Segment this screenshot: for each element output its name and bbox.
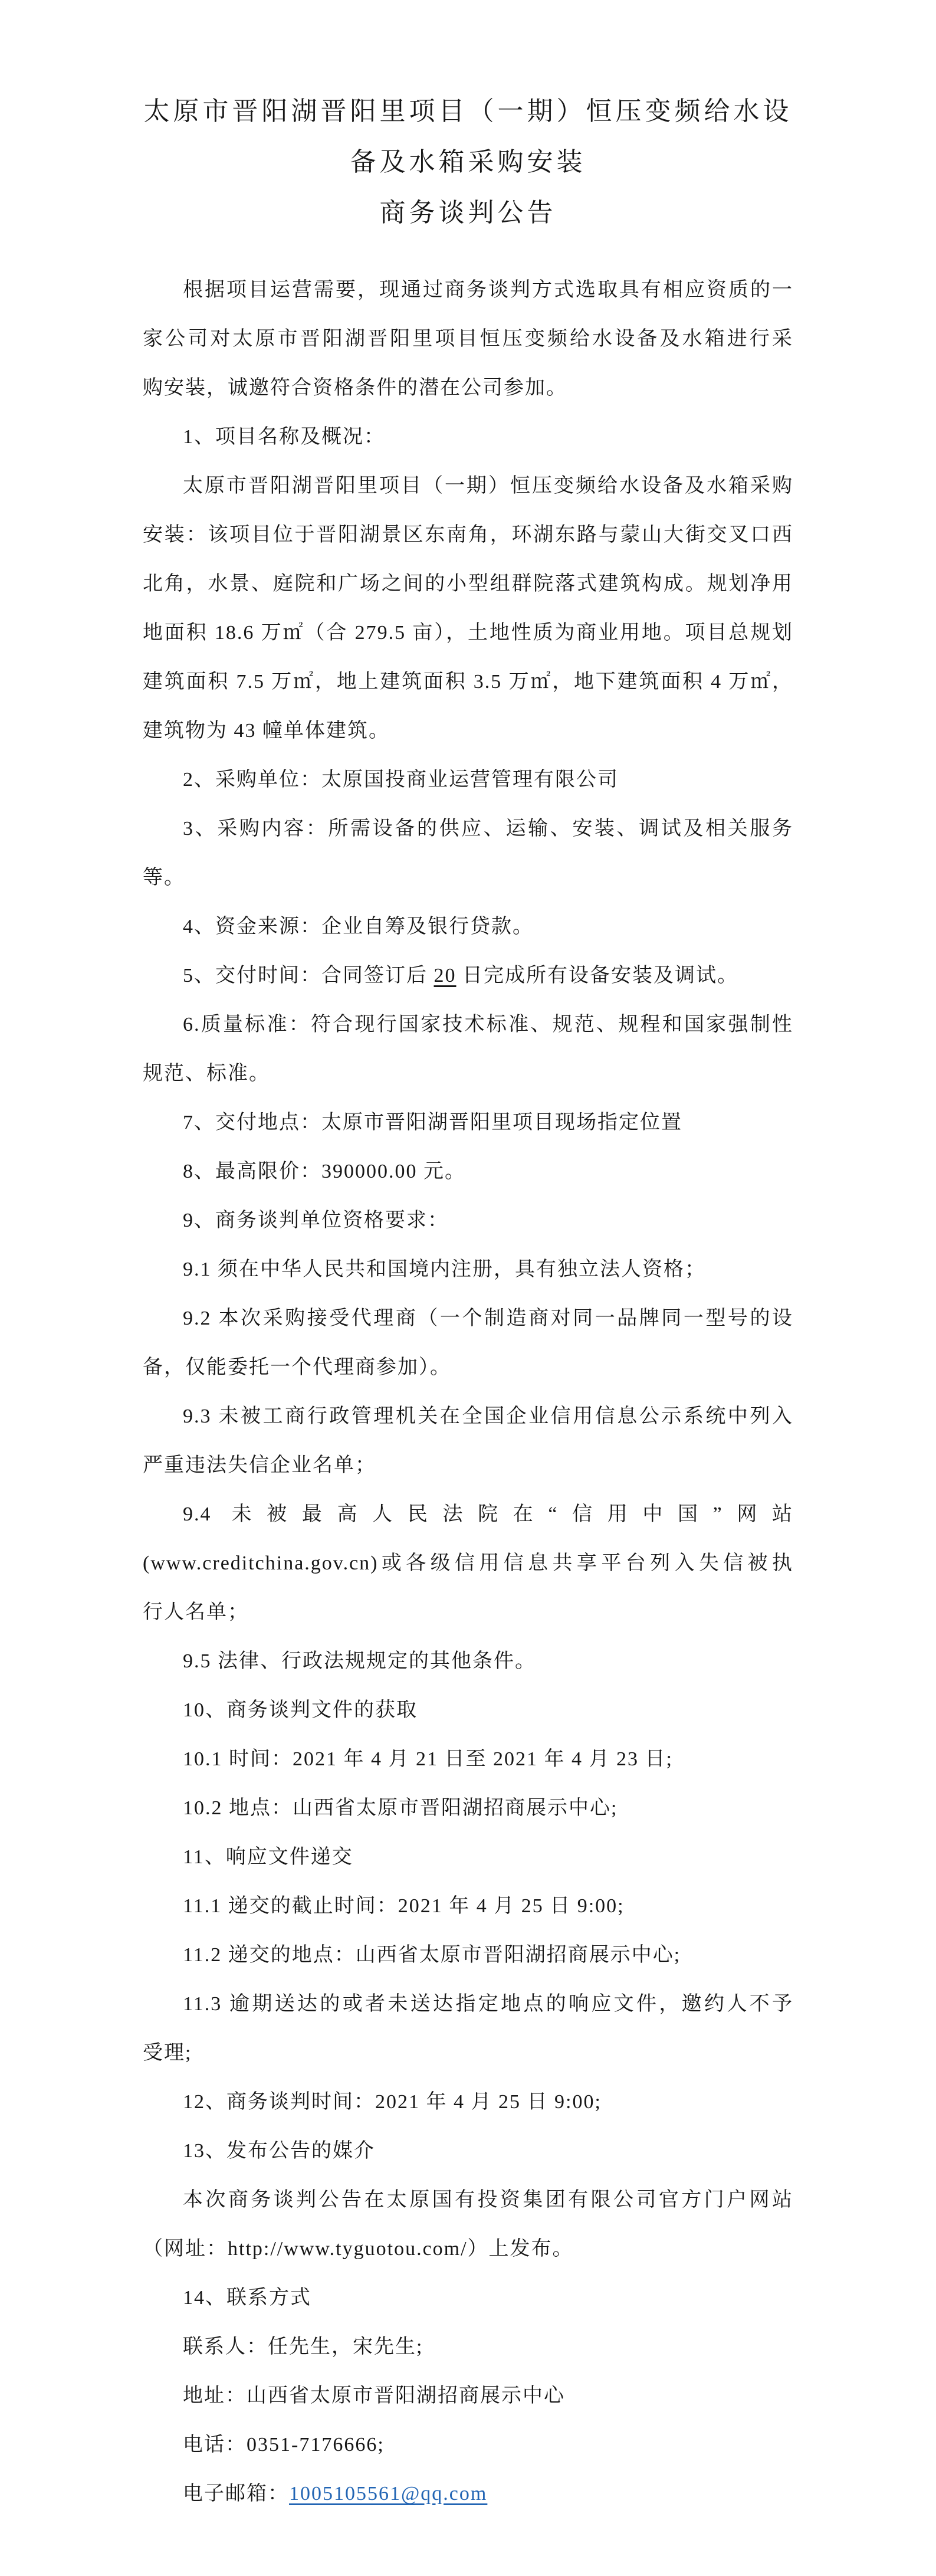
text-segment: 建筑面积 7.5 万㎡，地上建筑面积 3.5 万㎡，地下建筑面积 4 万㎡，: [143, 671, 793, 693]
text-segment: 11.2 递交的地点：山西省太原市晋阳湖招商展示中心;: [183, 1944, 681, 1966]
text-segment: 9.4 未被最高人民法院在“信用中国”网站: [183, 1503, 793, 1525]
item-1-line-2: 安装：该项目位于晋阳湖景区东南角，环湖东路与蒙山大街交叉口西: [143, 510, 793, 559]
item-9-5: 9.5 法律、行政法规规定的其他条件。: [143, 1637, 793, 1686]
text-segment: (www.creditchina.gov.cn)或各级信用信息共享平台列入失信被…: [143, 1552, 793, 1574]
announcement-document: 太原市晋阳湖晋阳里项目（一期）恒压变频给水设备及水箱采购安装商务谈判公告 根据项…: [0, 0, 936, 2576]
item-13-heading: 13、发布公告的媒介: [143, 2126, 793, 2175]
item-11-3-line-1: 11.3 逾期送达的或者未送达指定地点的响应文件，邀约人不予: [143, 1979, 793, 2028]
text-segment: 10.2 地点：山西省太原市晋阳湖招商展示中心;: [183, 1797, 618, 1819]
text-segment: 日完成所有设备安装及调试。: [456, 965, 739, 987]
item-5-delivery-time: 5、交付时间：合同签订后 20 日完成所有设备安装及调试。: [143, 951, 793, 1000]
text-segment: 9.5 法律、行政法规规定的其他条件。: [183, 1650, 536, 1672]
text-segment: 9、商务谈判单位资格要求：: [183, 1210, 449, 1231]
text-segment: 3、采购内容：所需设备的供应、运输、安装、调试及相关服务: [183, 818, 793, 840]
item-1-line-5: 建筑面积 7.5 万㎡，地上建筑面积 3.5 万㎡，地下建筑面积 4 万㎡，: [143, 657, 793, 706]
text-segment: 购安装，诚邀符合资格条件的潜在公司参加。: [143, 377, 567, 399]
text-segment: 2、采购单位：太原国投商业运营管理有限公司: [183, 769, 619, 791]
item-1-line-6: 建筑物为 43 幢单体建筑。: [143, 706, 793, 755]
intro-line-2: 家公司对太原市晋阳湖晋阳里项目恒压变频给水设备及水箱进行采: [143, 314, 793, 363]
item-1-line-1: 太原市晋阳湖晋阳里项目（一期）恒压变频给水设备及水箱采购: [143, 461, 793, 510]
text-segment: 等。: [143, 867, 185, 889]
text-segment: 备，仅能委托一个代理商参加）。: [143, 1356, 451, 1378]
item-9-2-line-2: 备，仅能委托一个代理商参加）。: [143, 1343, 793, 1392]
text-segment: 地址：山西省太原市晋阳湖招商展示中心: [183, 2385, 565, 2407]
text-segment: （网址：http://www.tyguotou.com/）上发布。: [143, 2238, 574, 2260]
text-segment: 1、项目名称及概况：: [183, 426, 385, 448]
item-9-4-line-2: (www.creditchina.gov.cn)或各级信用信息共享平台列入失信被…: [143, 1539, 793, 1588]
text-segment: 9.1 须在中华人民共和国境内注册，具有独立法人资格；: [183, 1258, 706, 1280]
text-segment: 9.2 本次采购接受代理商（一个制造商对同一品牌同一型号的设: [183, 1307, 793, 1329]
underlined-text: 20: [434, 965, 456, 987]
item-9-1: 9.1 须在中华人民共和国境内注册，具有独立法人资格；: [143, 1245, 793, 1294]
text-segment: 7、交付地点：太原市晋阳湖晋阳里项目现场指定位置: [183, 1112, 682, 1133]
text-segment: 家公司对太原市晋阳湖晋阳里项目恒压变频给水设备及水箱进行采: [143, 328, 793, 350]
text-segment: 6.质量标准：符合现行国家技术标准、规范、规程和国家强制性: [183, 1014, 793, 1035]
text-segment: 受理;: [143, 2042, 192, 2064]
item-13-line-1: 本次商务谈判公告在太原国有投资集团有限公司官方门户网站: [143, 2175, 793, 2224]
item-1-heading: 1、项目名称及概况：: [143, 412, 793, 461]
item-11-2-place: 11.2 递交的地点：山西省太原市晋阳湖招商展示中心;: [143, 1931, 793, 1979]
item-3-line-1: 3、采购内容：所需设备的供应、运输、安装、调试及相关服务: [143, 804, 793, 853]
item-12-negotiation-time: 12、商务谈判时间：2021 年 4 月 25 日 9:00;: [143, 2077, 793, 2126]
text-segment: 本次商务谈判公告在太原国有投资集团有限公司官方门户网站: [183, 2189, 793, 2211]
text-segment: 安装：该项目位于晋阳湖景区东南角，环湖东路与蒙山大街交叉口西: [143, 524, 793, 546]
item-10-1-time: 10.1 时间：2021 年 4 月 21 日至 2021 年 4 月 23 日…: [143, 1735, 793, 1784]
item-11-1-deadline: 11.1 递交的截止时间：2021 年 4 月 25 日 9:00;: [143, 1882, 793, 1931]
email-link[interactable]: 1005105561@qq.com: [289, 2483, 487, 2505]
intro-line-3: 购安装，诚邀符合资格条件的潜在公司参加。: [143, 363, 793, 412]
item-9-heading: 9、商务谈判单位资格要求：: [143, 1196, 793, 1245]
intro-line-1: 根据项目运营需要，现通过商务谈判方式选取具有相应资质的一: [143, 266, 793, 314]
item-6-line-2: 规范、标准。: [143, 1049, 793, 1098]
text-segment: 8、最高限价：390000.00 元。: [183, 1161, 466, 1182]
item-14-heading: 14、联系方式: [143, 2273, 793, 2322]
text-segment: 11.3 逾期送达的或者未送达指定地点的响应文件，邀约人不予: [183, 1993, 793, 2015]
item-1-line-3: 北角，水景、庭院和广场之间的小型组群院落式建筑构成。规划净用: [143, 559, 793, 608]
text-segment: 行人名单；: [143, 1601, 249, 1623]
text-segment: 严重违法失信企业名单；: [143, 1454, 376, 1476]
contact-email-line: 电子邮箱：1005105561@qq.com: [143, 2469, 793, 2518]
text-segment: 根据项目运营需要，现通过商务谈判方式选取具有相应资质的一: [183, 279, 793, 301]
item-10-heading: 10、商务谈判文件的获取: [143, 1686, 793, 1735]
contact-phone-line: 电话：0351-7176666;: [143, 2420, 793, 2469]
item-3-line-2: 等。: [143, 853, 793, 902]
text-segment: 5、交付时间：合同签订后: [183, 965, 434, 987]
title-line-1: 太原市晋阳湖晋阳里项目（一期）恒压变频给水设: [143, 86, 793, 137]
text-segment: 北角，水景、庭院和广场之间的小型组群院落式建筑构成。规划净用: [143, 573, 793, 595]
item-9-2-line-1: 9.2 本次采购接受代理商（一个制造商对同一品牌同一型号的设: [143, 1294, 793, 1343]
item-9-4-line-3: 行人名单；: [143, 1588, 793, 1637]
text-segment: 4、资金来源：企业自筹及银行贷款。: [183, 916, 534, 938]
text-segment: 13、发布公告的媒介: [183, 2140, 375, 2162]
item-4-funding: 4、资金来源：企业自筹及银行贷款。: [143, 902, 793, 951]
text-segment: 联系人：任先生，宋先生;: [183, 2336, 423, 2358]
title-line-2: 备及水箱采购安装: [143, 137, 793, 188]
text-segment: 太原市晋阳湖晋阳里项目（一期）恒压变频给水设备及水箱采购: [183, 475, 793, 497]
item-11-3-line-2: 受理;: [143, 2028, 793, 2077]
item-9-3-line-2: 严重违法失信企业名单；: [143, 1441, 793, 1490]
item-13-line-2: （网址：http://www.tyguotou.com/）上发布。: [143, 2224, 793, 2273]
item-2-purchaser: 2、采购单位：太原国投商业运营管理有限公司: [143, 755, 793, 804]
item-6-line-1: 6.质量标准：符合现行国家技术标准、规范、规程和国家强制性: [143, 1000, 793, 1049]
text-segment: 14、联系方式: [183, 2287, 311, 2309]
text-segment: 地面积 18.6 万㎡（合 279.5 亩），土地性质为商业用地。项目总规划: [143, 622, 793, 644]
item-10-2-place: 10.2 地点：山西省太原市晋阳湖招商展示中心;: [143, 1784, 793, 1833]
document-body: 根据项目运营需要，现通过商务谈判方式选取具有相应资质的一家公司对太原市晋阳湖晋阳…: [143, 266, 793, 2518]
text-segment: 电子邮箱：: [183, 2483, 289, 2505]
item-1-line-4: 地面积 18.6 万㎡（合 279.5 亩），土地性质为商业用地。项目总规划: [143, 608, 793, 657]
text-segment: 11、响应文件递交: [183, 1846, 353, 1868]
text-segment: 10、商务谈判文件的获取: [183, 1699, 418, 1721]
item-9-4-line-1: 9.4 未被最高人民法院在“信用中国”网站: [143, 1490, 793, 1539]
title-line-3: 商务谈判公告: [143, 188, 793, 238]
text-segment: 11.1 递交的截止时间：2021 年 4 月 25 日 9:00;: [183, 1895, 625, 1917]
item-8-price-limit: 8、最高限价：390000.00 元。: [143, 1147, 793, 1196]
item-7-delivery-place: 7、交付地点：太原市晋阳湖晋阳里项目现场指定位置: [143, 1098, 793, 1147]
text-segment: 电话：0351-7176666;: [183, 2434, 385, 2456]
contact-person-line: 联系人：任先生，宋先生;: [143, 2322, 793, 2371]
document-title: 太原市晋阳湖晋阳里项目（一期）恒压变频给水设备及水箱采购安装商务谈判公告: [143, 86, 793, 238]
text-segment: 建筑物为 43 幢单体建筑。: [143, 720, 390, 742]
text-segment: 10.1 时间：2021 年 4 月 21 日至 2021 年 4 月 23 日…: [183, 1748, 673, 1770]
text-segment: 12、商务谈判时间：2021 年 4 月 25 日 9:00;: [183, 2091, 602, 2113]
item-9-3-line-1: 9.3 未被工商行政管理机关在全国企业信用信息公示系统中列入: [143, 1392, 793, 1441]
text-segment: 规范、标准。: [143, 1063, 270, 1084]
contact-address-line: 地址：山西省太原市晋阳湖招商展示中心: [143, 2371, 793, 2420]
item-11-heading: 11、响应文件递交: [143, 1833, 793, 1882]
text-segment: 9.3 未被工商行政管理机关在全国企业信用信息公示系统中列入: [183, 1405, 793, 1427]
